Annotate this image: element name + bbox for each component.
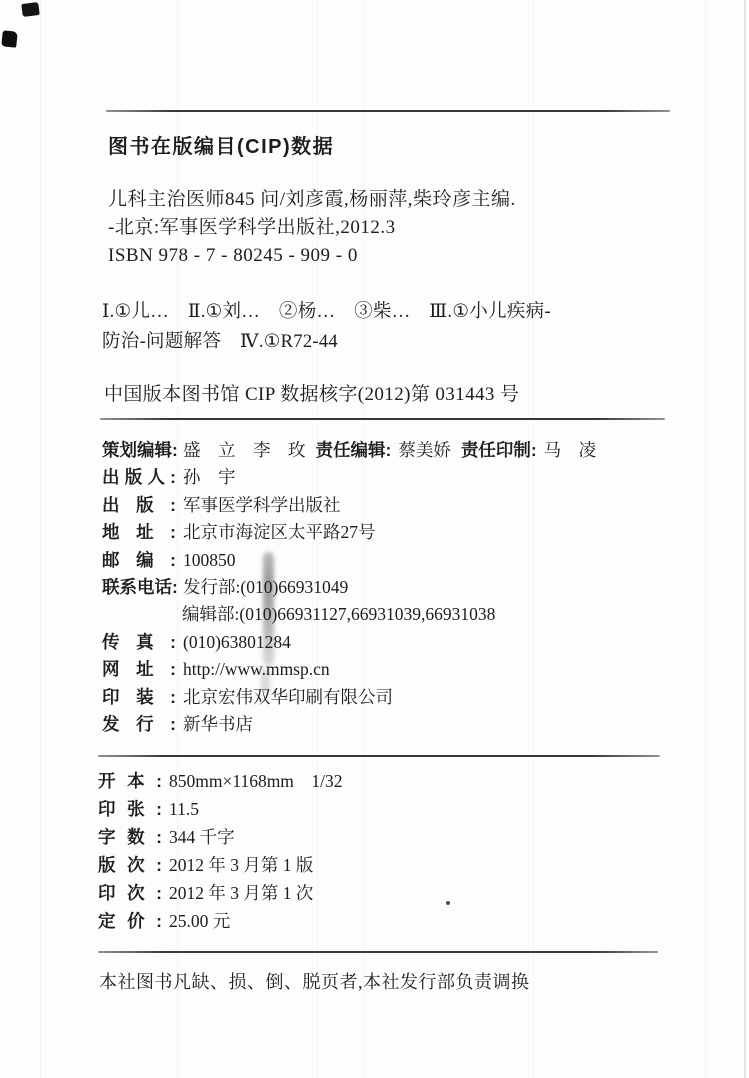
label-sheets: 印张:: [98, 796, 162, 821]
divider-after-specs: [98, 951, 658, 953]
ink-mark-artifact: [1, 30, 18, 47]
row-website: 网址: http://www.mmsp.cn: [102, 656, 596, 683]
cip-paragraph: 儿科主治医师845 问/刘彦霞,杨丽萍,柴玲彦主编. -北京:军事医学科学出版社…: [108, 186, 516, 270]
value-planning-editor: 盛 立 李 玫: [183, 437, 306, 462]
stray-dot-artifact: [446, 901, 450, 905]
value-impression: 2012 年 3 月第 1 次: [169, 880, 313, 905]
label-planning-editor: 策划编辑:: [102, 437, 176, 462]
scan-band: [705, 0, 706, 1078]
cip-isbn-line: ISBN 978 - 7 - 80245 - 909 - 0: [108, 242, 516, 270]
row-editors: 策划编辑: 盛 立 李 玫 责任编辑: 蔡美娇 责任印制: 马 凌: [102, 437, 596, 464]
label-address: 地址:: [102, 519, 176, 544]
value-address: 北京市海淀区太平路27号: [183, 519, 376, 544]
label-format: 开本:: [98, 768, 162, 793]
divider-after-cip: [100, 418, 665, 420]
label-distribution: 发行:: [102, 711, 176, 736]
row-distribution: 发行: 新华书店: [102, 711, 596, 738]
label-printing: 印装:: [102, 684, 176, 709]
row-address: 地址: 北京市海淀区太平路27号: [102, 519, 596, 546]
label-publisher-person: 出版人:: [102, 464, 176, 489]
label-print-supervisor: 责任印制:: [461, 437, 537, 462]
row-wordcount: 字数: 344 千字: [98, 824, 343, 852]
value-printing-company: 北京宏伟双华印刷有限公司: [183, 684, 393, 709]
label-price: 定价:: [98, 908, 162, 933]
value-sheets: 11.5: [169, 799, 199, 820]
publication-info: 策划编辑: 盛 立 李 玫 责任编辑: 蔡美娇 责任印制: 马 凌 出版人: 孙…: [102, 437, 596, 738]
value-publisher-person: 孙 宇: [183, 464, 236, 489]
row-phone-editorial: 编辑部:(010)66931127,66931039,66931038: [102, 601, 596, 628]
label-postcode: 邮编:: [102, 547, 176, 572]
copyright-page: 图书在版编目(CIP)数据 儿科主治医师845 问/刘彦霞,杨丽萍,柴玲彦主编.…: [0, 0, 749, 1078]
label-phone: 联系电话:: [102, 574, 176, 599]
row-sheets: 印张: 11.5: [98, 796, 343, 824]
value-phone-editorial: 编辑部:(010)66931127,66931039,66931038: [182, 601, 495, 626]
label-impression: 印次:: [98, 880, 162, 905]
print-specs: 开本: 850mm×1168mm 1/32 印张: 11.5 字数: 344 千…: [98, 768, 343, 936]
value-format: 850mm×1168mm 1/32: [169, 768, 343, 793]
cip-classification-line2: 防治-问题解答 Ⅳ.①R72-44: [102, 327, 551, 357]
label-wordcount: 字数:: [98, 824, 162, 849]
value-postcode: 100850: [183, 550, 236, 571]
label-publisher: 出版:: [102, 492, 176, 517]
value-website-url: http://www.mmsp.cn: [183, 659, 330, 680]
row-postcode: 邮编: 100850: [102, 547, 596, 574]
value-distributor: 新华书店: [183, 711, 253, 736]
cip-heading: 图书在版编目(CIP)数据: [108, 130, 334, 159]
replacement-notice: 本社图书凡缺、损、倒、脱页者,本社发行部负责调换: [99, 968, 530, 994]
cip-publisher-line: -北京:军事医学科学出版社,2012.3: [108, 214, 516, 242]
row-fax: 传真: (010)63801284: [102, 629, 596, 656]
row-publisher: 出版: 军事医学科学出版社: [102, 492, 596, 519]
row-printing: 印装: 北京宏伟双华印刷有限公司: [102, 684, 596, 711]
row-impression: 印次: 2012 年 3 月第 1 次: [98, 880, 343, 908]
cip-classification-line1: Ⅰ.①儿… Ⅱ.①刘… ②杨… ③柴… Ⅲ.①小儿疾病-: [102, 297, 551, 327]
value-print-supervisor: 马 凌: [544, 437, 597, 462]
scan-band: [40, 0, 41, 1078]
ink-mark-artifact: [21, 2, 39, 17]
value-edition: 2012 年 3 月第 1 版: [169, 852, 313, 877]
label-fax: 传真:: [102, 629, 176, 654]
value-responsible-editor: 蔡美娇: [398, 437, 451, 462]
scan-band-edge: [744, 0, 746, 1078]
row-phone-distribution: 联系电话: 发行部:(010)66931049: [102, 574, 596, 601]
cip-title-line: 儿科主治医师845 问/刘彦霞,杨丽萍,柴玲彦主编.: [108, 186, 516, 214]
value-price: 25.00 元: [169, 908, 230, 933]
label-responsible-editor: 责任编辑:: [316, 437, 392, 462]
row-publisher-person: 出版人: 孙 宇: [102, 464, 596, 491]
value-publisher: 军事医学科学出版社: [183, 492, 341, 517]
value-phone-distribution: 发行部:(010)66931049: [183, 574, 348, 599]
divider-top: [106, 110, 670, 112]
label-edition: 版次:: [98, 852, 162, 877]
row-format: 开本: 850mm×1168mm 1/32: [98, 768, 343, 796]
cip-classification: Ⅰ.①儿… Ⅱ.①刘… ②杨… ③柴… Ⅲ.①小儿疾病- 防治-问题解答 Ⅳ.①…: [102, 297, 551, 357]
cip-record-number: 中国版本图书馆 CIP 数据核字(2012)第 031443 号: [104, 379, 519, 406]
label-website: 网址:: [102, 656, 176, 681]
row-price: 定价: 25.00 元: [98, 908, 343, 936]
row-edition: 版次: 2012 年 3 月第 1 版: [98, 852, 343, 880]
divider-after-contacts: [98, 755, 660, 757]
value-fax: (010)63801284: [183, 632, 291, 653]
value-wordcount: 344 千字: [169, 824, 235, 849]
